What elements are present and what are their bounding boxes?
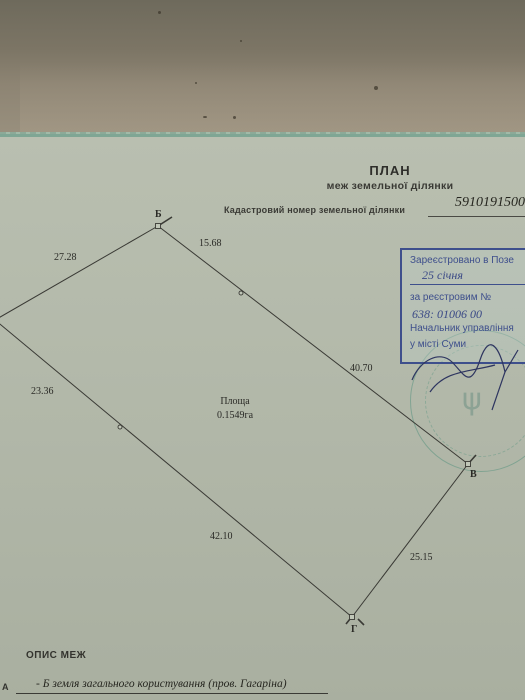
boundary-description: - Б земля загального користування (пров.… [36,678,287,690]
boundary-description-row: А - Б земля загального користування (про… [2,679,332,695]
signature-stroke [412,345,518,410]
signature [0,0,525,700]
boundaries-section-title: ОПИС МЕЖ [26,650,86,661]
boundary-row-underline [16,693,328,694]
boundary-from-vertex: А [2,682,9,692]
